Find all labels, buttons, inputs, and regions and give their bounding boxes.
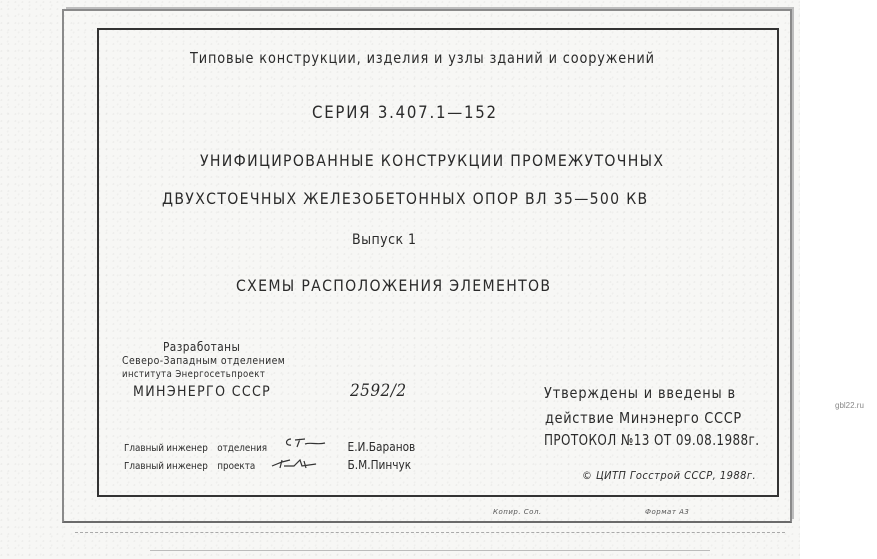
signatory-name: Е.И.Баранов xyxy=(348,440,416,454)
handwritten-signature-icon xyxy=(283,436,333,450)
footer-format-note: Формат А3 xyxy=(645,508,689,516)
subtitle: СХЕМЫ РАСПОЛОЖЕНИЯ ЭЛЕМЕНТОВ xyxy=(236,276,551,295)
watermark-text: gbl22.ru xyxy=(835,401,864,410)
series-number: СЕРИЯ 3.407.1—152 xyxy=(312,103,498,123)
footer-divider xyxy=(150,550,710,551)
header-line: Типовые конструкции, изделия и узлы здан… xyxy=(190,49,655,67)
document-number: 2592/2 xyxy=(350,381,407,401)
signature-row-chief-engineer-department: ГлавныйинженеротделенияЕ.И.Баранов xyxy=(124,440,415,454)
signature-role: Главный xyxy=(124,443,166,454)
footer-divider xyxy=(75,532,785,533)
developer-line-4: МИНЭНЕРГО СССР xyxy=(133,384,271,400)
approval-line-1: Утверждены и введены в xyxy=(544,384,736,402)
approval-line-3: ПРОТОКОЛ №13 ОТ 09.08.1988г. xyxy=(544,431,759,449)
approval-line-2: действие Минэнерго СССР xyxy=(545,409,742,427)
issue-number: Выпуск 1 xyxy=(352,232,416,248)
handwritten-signature-icon xyxy=(270,456,320,470)
copyright-note: © ЦИТП Госстрой СССР, 1988г. xyxy=(582,469,756,482)
developer-line-2: Северо-Западным отделением xyxy=(122,354,285,367)
signature-role: Главный xyxy=(124,461,166,472)
footer-copied-note: Копир. Сол. xyxy=(493,508,542,516)
signature-role: инженер xyxy=(166,461,217,472)
developer-line-3: института Энергосетьпроект xyxy=(122,369,265,380)
signature-role: инженер xyxy=(166,443,217,454)
scanned-sheet: Типовые конструкции, изделия и узлы здан… xyxy=(0,0,800,559)
signatory-name: Б.М.Пинчук xyxy=(348,458,412,472)
title-line-1: УНИФИЦИРОВАННЫЕ КОНСТРУКЦИИ ПРОМЕЖУТОЧНЫ… xyxy=(200,151,664,170)
signature-row-chief-engineer-project: ГлавныйинженерпроектаБ.М.Пинчук xyxy=(124,458,411,472)
title-line-2: ДВУХСТОЕЧНЫХ ЖЕЛЕЗОБЕТОННЫХ ОПОР ВЛ 35—5… xyxy=(162,189,649,208)
developer-line-1: Разработаны xyxy=(163,340,240,354)
